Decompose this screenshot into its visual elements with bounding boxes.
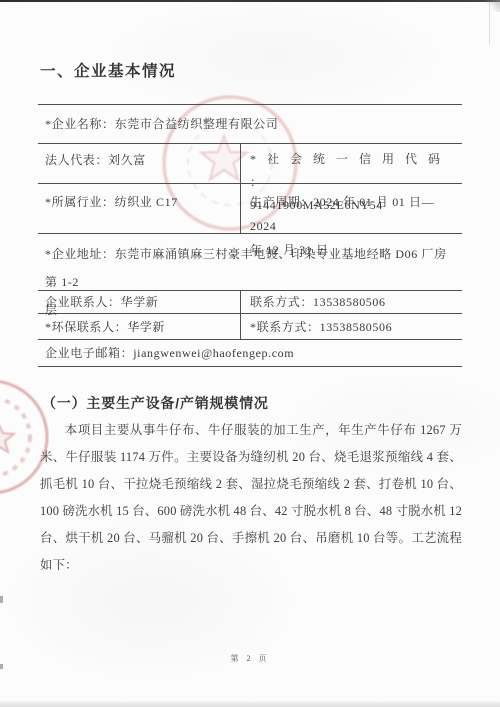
company-name-cell: *企业名称：东莞市合益纺织整理有限公司 [38, 105, 462, 143]
legal-rep-cell: 法人代表：刘久富 [38, 144, 240, 183]
address-cell: *企业地址：东莞市麻涌镇麻三村豪丰电镀、印染专业基地经略 D06 厂房第 1-2… [38, 234, 462, 290]
email-cell: 企业电子邮箱：jiangwenwei@haofengep.com [38, 340, 462, 366]
scan-edge-bottom [0, 701, 500, 707]
scan-speck [0, 664, 3, 669]
table-row-email: 企业电子邮箱：jiangwenwei@haofengep.com [38, 340, 462, 367]
table-row-company-name: *企业名称：东莞市合益纺织整理有限公司 [38, 105, 462, 144]
env-contact-phone-cell: *联系方式：13538580506 [240, 314, 462, 339]
body-paragraph: 本项目主要从事牛仔布、牛仔服装的加工生产，年生产牛仔布 1267 万米、牛仔服装… [40, 417, 462, 579]
contact-phone-cell: 联系方式：13538580506 [240, 291, 462, 313]
page-title: 一、企业基本情况 [40, 59, 176, 81]
env-contact-cell: *环保联系人：华学新 [38, 314, 240, 339]
page-number: 第 2 页 [0, 653, 500, 664]
table-row-industry: *所属行业：纺织业 C17 生产周期：2024 年 01 月 01 日—2024… [38, 184, 462, 234]
scan-edge-top [0, 0, 500, 2]
table-row-contact: 企业联系人：华学新 联系方式：13538580506 [38, 291, 462, 314]
production-period-line1: 生产周期：2024 年 01 月 01 日—2024 [250, 190, 458, 238]
address-line1: *企业地址：东莞市麻涌镇麻三村豪丰电镀、印染专业基地经略 D06 厂房第 1-2 [45, 240, 458, 296]
table-row-address: *企业地址：东莞市麻涌镇麻三村豪丰电镀、印染专业基地经略 D06 厂房第 1-2… [38, 234, 462, 291]
company-info-table: *企业名称：东莞市合益纺织整理有限公司 法人代表：刘久富 * 社 会 统 一 信… [38, 104, 462, 367]
credit-code-cell: * 社 会 统 一 信 用 代 码 ： 91441900MA52E6NY54 [240, 144, 462, 183]
scan-speck [0, 596, 3, 603]
contact-cell: 企业联系人：华学新 [38, 291, 240, 313]
document-page: 一、企业基本情况 *企业名称：东莞市合益纺织整理有限公司 法人代表：刘久富 * … [0, 0, 500, 707]
section-heading: （一）主要生产设备/产销规模情况 [42, 393, 269, 413]
table-row-legal-rep: 法人代表：刘久富 * 社 会 统 一 信 用 代 码 ： 91441900MA5… [38, 144, 462, 184]
scan-edge-right [489, 2, 490, 44]
production-period-cell: 生产周期：2024 年 01 月 01 日—2024 年 12 月 31 日 [240, 184, 462, 233]
table-row-env-contact: *环保联系人：华学新 *联系方式：13538580506 [38, 314, 462, 340]
industry-cell: *所属行业：纺织业 C17 [38, 184, 240, 233]
